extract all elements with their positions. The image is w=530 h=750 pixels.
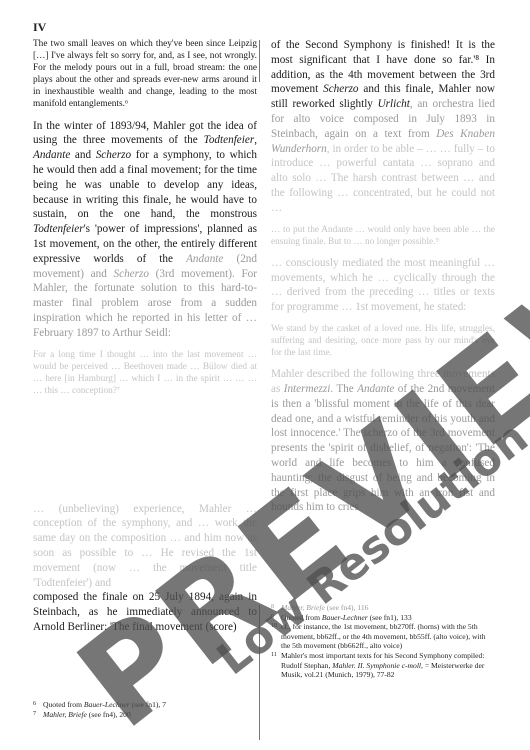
footnote-number: 11 <box>271 651 281 680</box>
footnote-text-italic: Bauer-Lechner <box>84 700 130 709</box>
left-column: The two small leaves on which they've be… <box>33 38 257 643</box>
page-number: IV <box>33 20 46 35</box>
text-run-italic: Todtenfeier <box>33 223 84 235</box>
quote-block: … to put the Andante … would only have b… <box>271 224 495 248</box>
body-paragraph: … consciously mediated the most meaningf… <box>271 256 495 315</box>
text-run-italic: Andante <box>186 253 223 265</box>
text-run: , <box>254 134 257 146</box>
footnote-text: (see fn1), 7 <box>130 700 166 709</box>
footnote-text-italic: Mahler, Briefe <box>281 603 325 612</box>
footnotes-right: 8 Mahler, Briefe (see fn4), 116 9 Quoted… <box>271 603 495 680</box>
text-run-italic: Scherzo <box>114 268 149 280</box>
footnotes-left: 6 Quoted from Bauer-Lechner (see fn1), 7… <box>33 700 257 719</box>
quote-block: We stand by the casket of a loved one. H… <box>271 323 495 359</box>
footnote: 9 Quoted from Bauer-Lechner (see fn1), 1… <box>271 613 495 623</box>
footnote-text-italic: Mahler. II. Symphonie c-moll <box>332 661 421 670</box>
text-run: . The <box>330 383 357 395</box>
footnote-text: (see fn4), 116 <box>325 603 369 612</box>
text-run-italic: Andante <box>357 383 394 395</box>
right-column: of the Second Symphony is finished! It i… <box>271 38 495 523</box>
body-paragraph: In the winter of 1893/94, Mahler got the… <box>33 119 257 341</box>
text-run-italic: Andante <box>33 149 70 161</box>
text-run-italic: Todtenfeier <box>204 134 255 146</box>
footnote-text-italic: Bauer-Lechner <box>322 613 368 622</box>
footnote-number: 7 <box>33 710 43 720</box>
footnote-text: cf., for instance, the 1st movement, bb2… <box>281 622 486 650</box>
text-run: of the 2nd movement is then a 'blissful … <box>271 383 495 513</box>
quote-block: The two small leaves on which they've be… <box>33 38 257 111</box>
footnote-text: Quoted from <box>43 700 84 709</box>
body-paragraph: Mahler described the following three mov… <box>271 367 495 515</box>
footnote: 8 Mahler, Briefe (see fn4), 116 <box>271 603 495 613</box>
footnote-text: Quoted from <box>281 613 322 622</box>
footnote-text: (see fn1), 133 <box>368 613 412 622</box>
footnote: 10 cf., for instance, the 1st movement, … <box>271 622 495 651</box>
text-run-italic: Scherzo <box>323 83 358 95</box>
text-run-italic: Urlicht <box>378 98 410 110</box>
footnote-number: 8 <box>271 603 281 613</box>
footnote-text-italic: Mahler, Briefe <box>43 710 87 719</box>
column-divider <box>259 40 260 82</box>
text-run: and <box>70 149 95 161</box>
text-run-italic: Intermezzi <box>284 383 331 395</box>
footnote-text: (see fn4), 200 <box>87 710 131 719</box>
column-divider <box>259 605 260 740</box>
footnote: 6 Quoted from Bauer-Lechner (see fn1), 7 <box>33 700 257 710</box>
body-paragraph: of the Second Symphony is finished! It i… <box>271 38 495 216</box>
body-paragraph: … (unbelieving) experience, Mahler … con… <box>33 502 257 591</box>
footnote-number: 6 <box>33 700 43 710</box>
footnote-number: 10 <box>271 622 281 651</box>
text-run-italic: Scherzo <box>96 149 131 161</box>
footnote: 11 Mahler's most important texts for his… <box>271 651 495 680</box>
body-paragraph: composed the finale on 25 July 1894, aga… <box>33 590 257 634</box>
footnote-number: 9 <box>271 613 281 623</box>
footnote: 7 Mahler, Briefe (see fn4), 200 <box>33 710 257 720</box>
quote-block: For a long time I thought … into the las… <box>33 349 257 494</box>
